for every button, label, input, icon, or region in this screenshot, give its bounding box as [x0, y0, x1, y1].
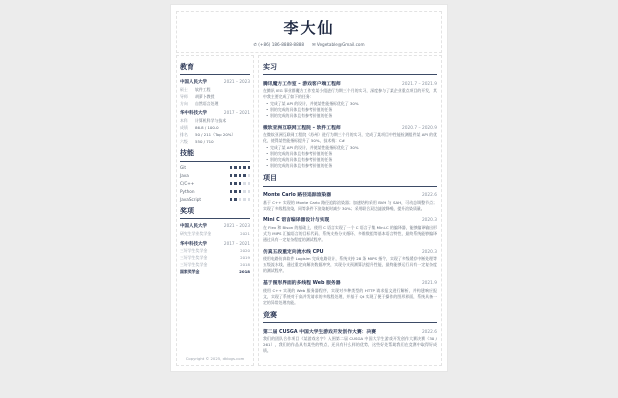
- entry-description: 在腾讯 IEG 事业群魔方工作室某小组进行为期三个月的实习，深度参与了某企业重点…: [263, 88, 437, 100]
- entry-title: 微软亚洲互联网工程院 – 软件工程师: [263, 124, 341, 131]
- phone-number: (+86) 186-8888-8888: [258, 42, 304, 47]
- project-entry: 仿真五段重定向流水线 CPU 2020.3 使用电路仿真软件 Logisim 完…: [263, 248, 437, 275]
- skill-dot: [243, 182, 245, 184]
- entry-date: 2021.7 – 2021.9: [402, 82, 437, 87]
- entry-date: 2020.3: [422, 218, 437, 223]
- skill-level-dots: [230, 182, 250, 184]
- left-column: 教育 中国人民大学 2021 – 2023 硕士 软件工程 导师 胡萝卜教授 方…: [176, 55, 254, 367]
- award-item: 三好学生奖学金 2020: [180, 248, 250, 253]
- skill-dot: [239, 174, 241, 176]
- education-detail-row: 本科 计算机科学与技术: [180, 118, 250, 123]
- skill-dot: [243, 198, 245, 200]
- section-title-competitions: 竞赛: [263, 310, 437, 324]
- section-title-skills: 技能: [180, 148, 250, 162]
- email-icon: ✉: [312, 42, 316, 47]
- education-detail-row: 硕士 软件工程: [180, 87, 250, 92]
- skill-dot: [243, 190, 245, 192]
- entry-title: Mini C 语言编译器设计与实现: [263, 216, 329, 223]
- section-title-projects: 项目: [263, 173, 437, 187]
- internship-entry: 腾讯魔方工作室 – 游戏客户端工程师 2021.7 – 2021.9 在腾讯 I…: [263, 80, 437, 120]
- bullet-item: 别的完成的具体且有参考价值的任务: [263, 163, 437, 169]
- copyright-footer: Copyright © 2025, dklogs.com: [180, 350, 250, 361]
- skill-level-dots: [230, 166, 250, 168]
- resume-header: 李大仙 ✆ (+86) 186-8888-8888 ✉ Vegetable@Gm…: [176, 11, 442, 53]
- skill-dot: [230, 174, 232, 176]
- skill-level-dots: [230, 198, 250, 200]
- award-item: 三好学生奖学金 2018: [180, 262, 250, 267]
- skill-dot: [239, 198, 241, 200]
- school-name: 华中科技大学: [180, 110, 207, 116]
- skill-row: C/C++: [180, 181, 250, 186]
- skill-dot: [248, 166, 250, 168]
- education-entry: 华中科技大学 2017 – 2021 本科 计算机科学与技术 成绩 86.8 /…: [180, 106, 250, 144]
- entry-title: 第二届 CUSGA 中国大学生游戏开发创作大赛：决赛: [263, 328, 376, 335]
- skill-dot: [234, 166, 236, 168]
- skill-dot: [234, 174, 236, 176]
- school-dates: 2021 – 2023: [224, 223, 250, 228]
- award-group: 中国人民大学 2021 – 2023 研究生学业奖学金 2021: [180, 219, 250, 236]
- school-name: 华中科技大学: [180, 241, 207, 247]
- skill-row: Git: [180, 165, 250, 170]
- school-dates: 2017 – 2021: [224, 241, 250, 246]
- entry-date: 2022.6: [422, 193, 437, 198]
- bullet-list: 完成了某 API 的设计，并使某性能指标优化了 30% 别的完成的具体且有参考价…: [263, 145, 437, 169]
- skill-dot: [230, 166, 232, 168]
- skill-dot: [234, 190, 236, 192]
- skill-dot: [248, 182, 250, 184]
- education-entry: 中国人民大学 2021 – 2023 硕士 软件工程 导师 胡萝卜教授 方向 自…: [180, 75, 250, 106]
- right-column: 实习 腾讯魔方工作室 – 游戏客户端工程师 2021.7 – 2021.9 在腾…: [258, 55, 442, 367]
- skill-dot: [230, 198, 232, 200]
- school-name: 中国人民大学: [180, 223, 207, 229]
- entry-description: 在微软亚洲互联网工程院（苏州）进行为期三个月的实习，完成了某项目中性能检测组件某…: [263, 132, 437, 144]
- skill-dot: [234, 198, 236, 200]
- award-item-highlight: 国家奖学金 2018: [180, 269, 250, 274]
- contact-line: ✆ (+86) 186-8888-8888 ✉ Vegetable@Gmail.…: [179, 42, 439, 47]
- entry-date: 2020.3: [422, 250, 437, 255]
- entry-description: 使用电路仿真软件 Logisim 完成电路设计，系统支持 28 条 MIPS 指…: [263, 256, 437, 274]
- award-group: 华中科技大学 2017 – 2021 三好学生奖学金 2020 三好学生奖学金 …: [180, 237, 250, 275]
- section-title-internship: 实习: [263, 62, 437, 76]
- project-entry: 基于图形界面的多线程 Web 服务器 2021.9 使用 C++ 实现的 Web…: [263, 279, 437, 306]
- skill-dot: [230, 190, 232, 192]
- candidate-name: 李大仙: [179, 17, 439, 38]
- entry-date: 2021.9: [422, 281, 437, 286]
- bullet-item: 别的完成的具体且有参考价值的任务: [263, 113, 437, 119]
- school-dates: 2021 – 2023: [224, 79, 250, 84]
- email-address: Vegetable@Gmail.com: [317, 42, 365, 47]
- resume-page: 李大仙 ✆ (+86) 186-8888-8888 ✉ Vegetable@Gm…: [170, 4, 448, 372]
- skill-dot: [248, 190, 250, 192]
- school-name: 中国人民大学: [180, 79, 207, 85]
- skill-dot: [248, 198, 250, 200]
- phone-icon: ✆: [253, 42, 257, 47]
- bullet-list: 完成了某 API 的设计，并使某性能指标优化了 30% 别的完成的具体且有参考价…: [263, 101, 437, 119]
- skill-dot: [248, 174, 250, 176]
- entry-title: 基于图形界面的多线程 Web 服务器: [263, 279, 341, 286]
- skill-dot: [239, 190, 241, 192]
- school-dates: 2017 – 2021: [224, 110, 250, 115]
- skill-dot: [239, 166, 241, 168]
- education-detail-row: 六级 550 / 710: [180, 139, 250, 144]
- entry-description: 我们的团队合作项目《某游戏名字》入围第二届 CUSGA 中国大学生游戏开发创作大…: [263, 336, 437, 354]
- skill-level-dots: [230, 190, 250, 192]
- entry-title: 腾讯魔方工作室 – 游戏客户端工程师: [263, 80, 341, 87]
- entry-title: 仿真五段重定向流水线 CPU: [263, 248, 324, 255]
- project-entry: Monte Carlo 路径追踪渲染器 2022.6 基于 C++ 实现的 Mo…: [263, 191, 437, 212]
- skill-row: Java: [180, 173, 250, 178]
- skill-dot: [243, 166, 245, 168]
- skill-dot: [234, 182, 236, 184]
- competition-entry: 第二届 CUSGA 中国大学生游戏开发创作大赛：决赛 2022.6 我们的团队合…: [263, 328, 437, 355]
- entry-date: 2020.7 – 2020.9: [402, 126, 437, 131]
- award-item: 三好学生奖学金 2019: [180, 255, 250, 260]
- skill-dot: [230, 182, 232, 184]
- skill-level-dots: [230, 174, 250, 176]
- internship-entry: 微软亚洲互联网工程院 – 软件工程师 2020.7 – 2020.9 在微软亚洲…: [263, 124, 437, 170]
- education-detail-row: 排名 50 / 211（Top 20%）: [180, 132, 250, 137]
- skill-dot: [239, 182, 241, 184]
- skill-row: JavaScript: [180, 197, 250, 202]
- project-entry: Mini C 语言编译器设计与实现 2020.3 在 Flex 和 Bison …: [263, 216, 437, 243]
- entry-title: Monte Carlo 路径追踪渲染器: [263, 191, 331, 198]
- skill-row: Python: [180, 189, 250, 194]
- section-title-education: 教育: [180, 62, 250, 76]
- section-title-awards: 奖项: [180, 206, 250, 220]
- entry-date: 2022.6: [422, 330, 437, 335]
- education-detail-row: 导师 胡萝卜教授: [180, 94, 250, 99]
- education-detail-row: 成绩 86.8 / 100.0: [180, 125, 250, 130]
- entry-description: 在 Flex 和 Bison 的基础上，使用 C 语言实现了一个 C 语言子集 …: [263, 225, 437, 243]
- skill-dot: [243, 174, 245, 176]
- entry-description: 基于 C++ 实现的 Monte Carlo 路径追踪渲染器；加速结构采用 BV…: [263, 200, 437, 212]
- entry-description: 使用 C++ 实现的 Web 服务器程序，实现对多种类型的 HTTP 请求报文进…: [263, 288, 437, 306]
